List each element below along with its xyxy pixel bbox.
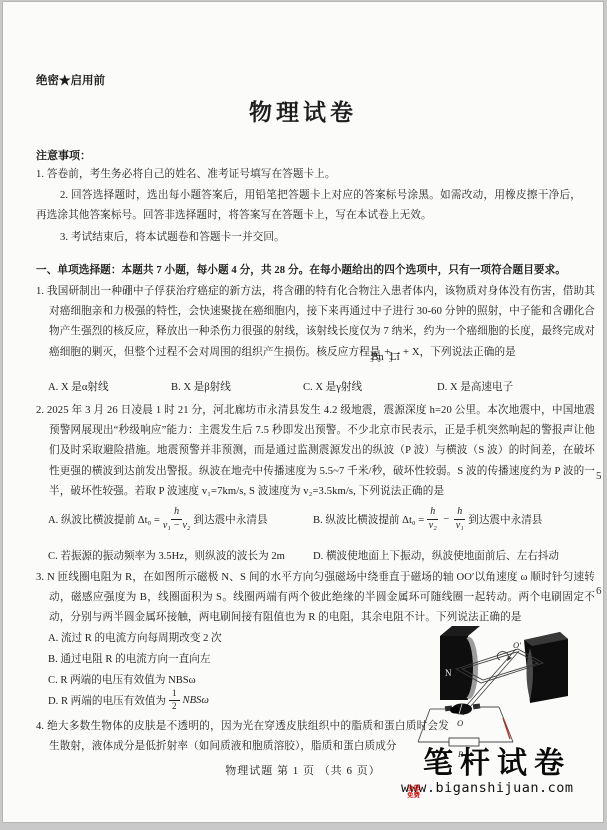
q3d-fraction: 12 [169, 689, 180, 711]
q3-option-b: B. 通过电阻 R 的电流方向一直向左 [48, 651, 210, 666]
commutator-brushes [445, 703, 481, 714]
minus-sign: − [443, 514, 449, 525]
notice-item-3: 3. 考试结束后，将本试题卷和答题卡一并交回。 [36, 228, 581, 248]
q3-option-c: C. R 两端的电压有效值为 NBSω [48, 672, 196, 687]
question1-body: 1. 我国研制出一种硼中子俘获治疗癌症的新方法，将含硼的特有化合物注入患者体内，… [36, 282, 595, 369]
page-title: 物理试卷 [3, 94, 603, 127]
question1-tail: + X，下列说法正确的是 [403, 347, 516, 358]
q3-option-d: D. R 两端的电压有效值为 12 NBSω [48, 687, 209, 713]
watermark-brand: 笔杆试卷 [401, 747, 601, 780]
question2-body: 2. 2025 年 3 月 26 日凌晨 1 时 21 分，河北廊坊市永清县发生… [36, 401, 595, 502]
notice-heading: 注意事项： [36, 147, 91, 163]
margin-mark-6: 6 [596, 585, 602, 597]
q2-option-b: B. 纵波比横波提前 Δt₀ = hv₂ − hv₁ 到达震中永清县 [313, 504, 542, 534]
svg-text:O: O [457, 718, 463, 728]
watermark: 笔杆试卷 全部免费 www.biganshijuan.com [401, 747, 601, 796]
watermark-free-tag: 全部免费 [407, 785, 421, 799]
q2-option-d: D. 横波使地面上下振动，纵波使地面前后、左右抖动 [313, 548, 559, 563]
q3d-prefix: D. R 两端的电压有效值为 [48, 693, 166, 708]
watermark-url: www.biganshijuan.com [401, 780, 601, 796]
q1-option-b: B. X 是β射线 [171, 379, 231, 394]
notice-item-2: 2. 回答选择题时，选出每小题答案后，用铅笔把答题卡上对应的答案标号涂黑。如需改… [36, 186, 581, 226]
q3d-suffix: NBSω [183, 695, 209, 706]
question1-options: A. X 是α射线 B. X 是β射线 C. X 是γ射线 D. X 是高速电子 [3, 379, 603, 395]
secrecy-label: 绝密★启用前 [36, 72, 105, 88]
q2-option-a: A. 纵波比横波提前 Δt₀ = hv₁ − v₂ 到达震中永清县 [48, 504, 268, 534]
right-magnet-s-pole [524, 632, 568, 703]
exam-scan: { "page_meta": { "classification": "绝密★启… [0, 0, 607, 830]
q2b-suffix: 到达震中永清县 [468, 512, 542, 527]
q1-option-d: D. X 是高速电子 [437, 379, 513, 394]
q2b-prefix: B. 纵波比横波提前 Δt₀ = [313, 512, 424, 527]
q1-option-a: A. X 是α射线 [48, 379, 109, 394]
section1-heading: 一、单项选择题：本题共 7 小题，每小题 4 分，共 28 分。在每小题给出的四… [36, 261, 584, 281]
q2b-fraction-1: hv₂ [427, 507, 438, 531]
q3-option-a: A. 流过 R 的电流方向每周期改变 2 次 [48, 630, 222, 645]
q2a-fraction: hv₁ − v₂ [163, 507, 191, 531]
q2b-fraction-2: hv₁ [454, 507, 465, 531]
red-pen-mark [503, 718, 510, 739]
margin-mark-5: 5 [596, 470, 602, 482]
svg-text:N: N [445, 668, 452, 678]
q2-option-c: C. 若振源的振动频率为 3.5Hz，则纵波的波长为 2m [48, 548, 285, 563]
svg-text:O′: O′ [513, 640, 521, 650]
notice-item-1: 1. 答卷前，考生务必将自己的姓名、准考证号填写在答题卡上。 [36, 165, 581, 185]
exam-page: 绝密★启用前 物理试卷 注意事项： 1. 答卷前，考生务必将自己的姓名、准考证号… [2, 1, 604, 823]
question4-body: 4. 绝大多数生物体的皮肤是不透明的，因为光在穿透皮肤组织中的脂质和蛋白质时会发… [36, 717, 449, 757]
q1-option-c: C. X 是γ射线 [303, 379, 362, 394]
q2a-prefix: A. 纵波比横波提前 Δt₀ = [48, 512, 160, 527]
q2a-suffix: 到达震中永清县 [193, 512, 267, 527]
